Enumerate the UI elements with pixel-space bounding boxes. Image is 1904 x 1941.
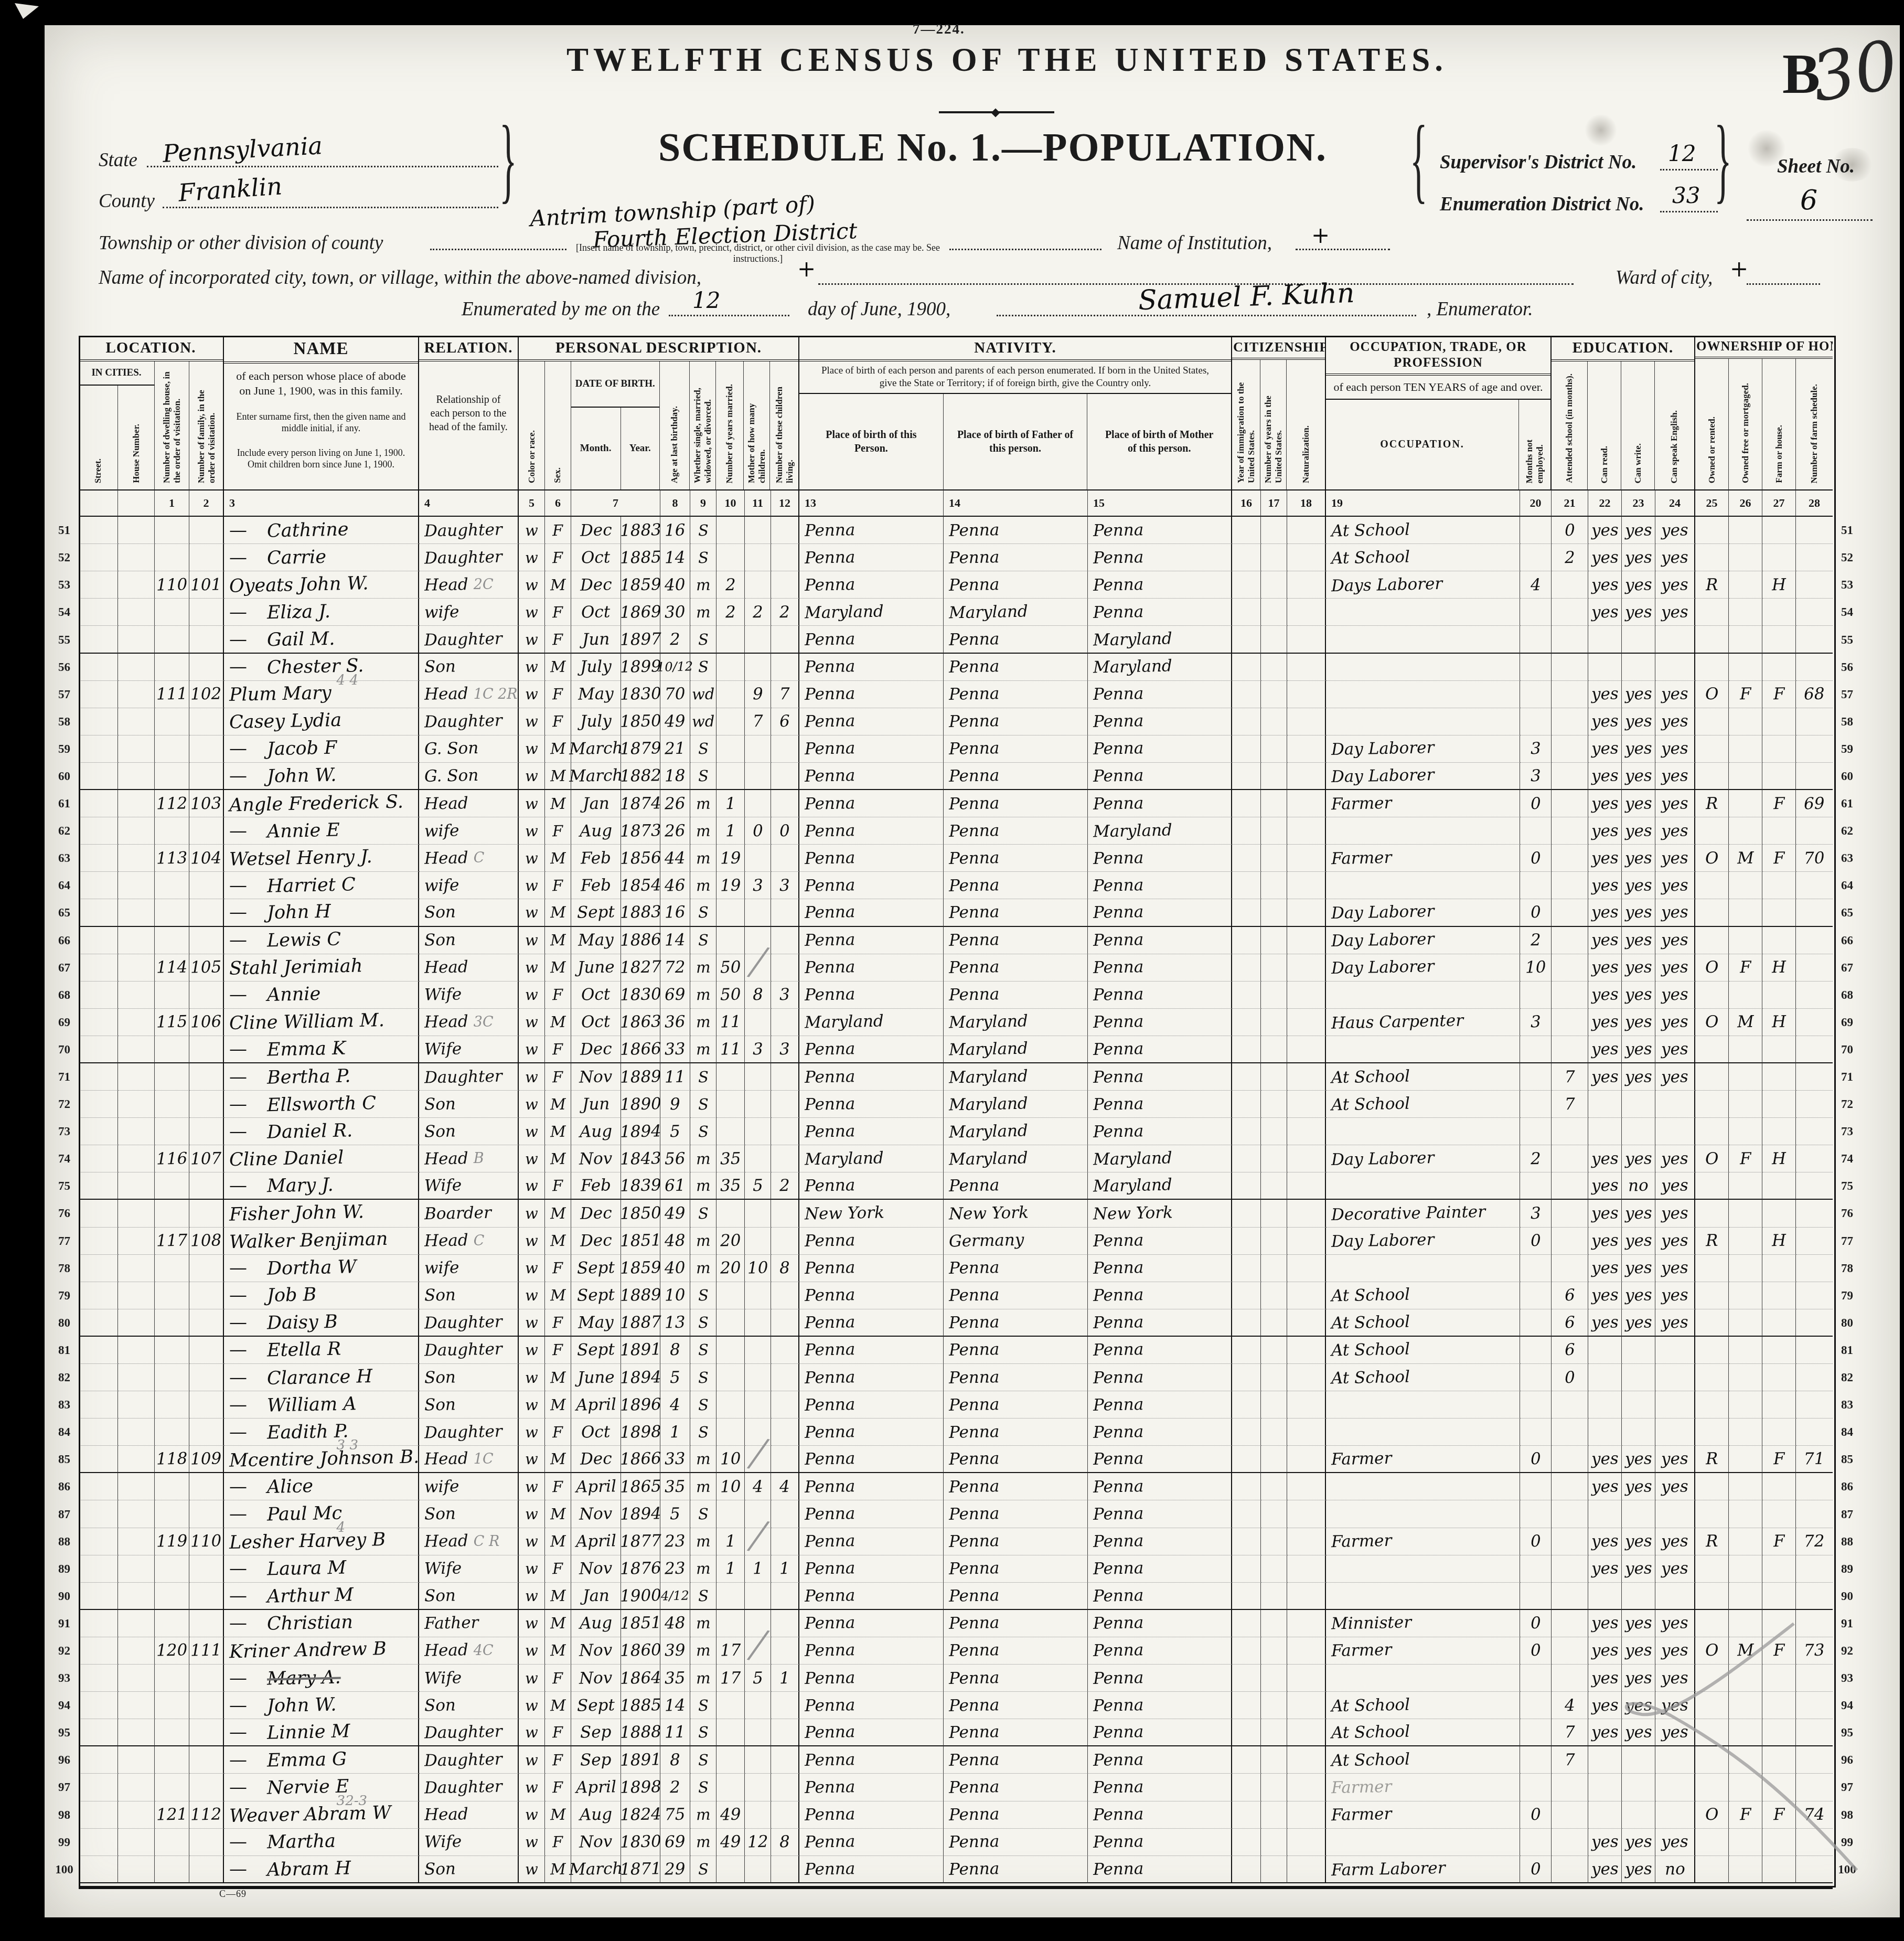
col-pf: Penna — [944, 1446, 1088, 1473]
col-pm: Penna — [1088, 1309, 1232, 1337]
col-cl: 2 — [771, 1172, 799, 1200]
col-cl — [771, 1583, 799, 1610]
title-divider — [939, 111, 1054, 113]
col-sp: yes — [1655, 1255, 1695, 1282]
col-rn: 80 — [50, 1309, 79, 1337]
farm-house-label: Farm or house. — [1774, 425, 1784, 483]
col-imm — [1232, 1391, 1261, 1419]
col-house — [118, 790, 155, 817]
col-fa — [189, 1746, 224, 1774]
col-imm — [1232, 626, 1261, 653]
col-occ: Day Laborer — [1326, 1228, 1520, 1255]
col-yus — [1261, 1500, 1287, 1528]
col-rel: Head2C — [419, 571, 519, 599]
col-rel: wife — [419, 872, 519, 899]
col-yus — [1261, 927, 1287, 954]
col-mo: Dec — [571, 1200, 621, 1227]
col-ag: 10 — [660, 1282, 690, 1309]
sheet-value: 6 — [1800, 185, 1817, 216]
col-occ — [1326, 1829, 1520, 1856]
col-dw — [155, 763, 189, 790]
col-street — [79, 654, 118, 681]
col-wr: yes — [1622, 927, 1655, 954]
col-rn: 85 — [50, 1446, 79, 1473]
col-mn — [1520, 681, 1552, 708]
col-occ: At School — [1326, 1719, 1520, 1746]
col-house — [118, 1610, 155, 1637]
col-ra: w — [519, 817, 545, 845]
col-rn: 59 — [50, 735, 79, 763]
col-yr: 1896 — [621, 1391, 660, 1419]
col-occ: Day Laborer — [1326, 1145, 1520, 1172]
col-imm — [1232, 1200, 1261, 1227]
col-mc: 3 — [745, 1036, 771, 1063]
col-sx: M — [545, 1692, 571, 1719]
col-house — [118, 1719, 155, 1746]
institution-label: Name of Institution, — [1117, 232, 1272, 254]
col-sp: yes — [1655, 1555, 1695, 1583]
col-sx: F — [545, 1337, 571, 1364]
col-name: 4Lesher Harvey B — [224, 1528, 419, 1555]
col-rn2: 65 — [1833, 899, 1862, 926]
col-mc — [745, 1801, 771, 1829]
col-imm — [1232, 1282, 1261, 1309]
col-street — [79, 1145, 118, 1172]
col-ag: 36 — [660, 1009, 690, 1036]
col-mn — [1520, 982, 1552, 1009]
census-row-56: 56—Chester S.SonwMJuly189910/12SPennaPen… — [50, 654, 1862, 681]
col-wr: yes — [1622, 708, 1655, 735]
col-rel: Wife — [419, 1036, 519, 1063]
col-ym — [716, 1118, 745, 1145]
col-wr: yes — [1622, 763, 1655, 790]
col-ms: m — [690, 599, 716, 626]
group-relation: RELATION. Relationship of each person to… — [419, 336, 519, 489]
col-imm — [1232, 1446, 1261, 1473]
col-sp — [1655, 626, 1695, 653]
col-ra: w — [519, 599, 545, 626]
col-ra: w — [519, 1637, 545, 1665]
col-dw — [155, 1091, 189, 1118]
col-mo: Jan — [571, 1583, 621, 1610]
col-fa — [189, 1337, 224, 1364]
footer-code: C—69 — [219, 1889, 247, 1900]
col-rn2: 69 — [1833, 1009, 1862, 1036]
col-ag: 16 — [660, 517, 690, 544]
col-house — [118, 954, 155, 982]
col-ms: m — [690, 1446, 716, 1473]
col-fs — [1796, 1200, 1833, 1227]
col-ym: 10 — [716, 1446, 745, 1473]
col-fs — [1796, 1228, 1833, 1255]
col-dw — [155, 626, 189, 653]
col-occ: At School — [1326, 1364, 1520, 1391]
col-imm — [1232, 763, 1261, 790]
col-imm — [1232, 1665, 1261, 1692]
col-mo: Feb — [571, 872, 621, 899]
col-pb: Penna — [799, 1500, 944, 1528]
col-pb: Penna — [799, 1172, 944, 1200]
col-imm — [1232, 1309, 1261, 1337]
col-name: 32-3Weaver Abram W — [224, 1801, 419, 1829]
col-pf: Penna — [944, 1637, 1088, 1665]
col-mo: Sept — [571, 1337, 621, 1364]
col-ag: 35 — [660, 1665, 690, 1692]
col-sc — [1552, 1473, 1588, 1500]
col-street — [79, 790, 118, 817]
col-yr: 1889 — [621, 1282, 660, 1309]
col-pb: Penna — [799, 1063, 944, 1091]
col-pf: Penna — [944, 544, 1088, 571]
col-pb: Penna — [799, 1692, 944, 1719]
can-write-label: Can write. — [1633, 443, 1643, 483]
col-fh — [1762, 1500, 1796, 1528]
col-rd: yes — [1588, 1063, 1622, 1091]
col-street — [79, 1063, 118, 1091]
col-rn: 81 — [50, 1337, 79, 1364]
col-pm: Penna — [1088, 1009, 1232, 1036]
col-sp: yes — [1655, 1063, 1695, 1091]
col-rel: Wife — [419, 982, 519, 1009]
col-nat — [1287, 763, 1326, 790]
col-yr: 1860 — [621, 1637, 660, 1665]
col-ra: w — [519, 1200, 545, 1227]
col-occ: Farmer — [1326, 845, 1520, 872]
col-nat — [1287, 1364, 1326, 1391]
col-pm: Penna — [1088, 1610, 1232, 1637]
col-ym — [716, 1063, 745, 1091]
col-rn2: 60 — [1833, 763, 1862, 790]
col-imm — [1232, 982, 1261, 1009]
col-occ — [1326, 1473, 1520, 1500]
col-ra: w — [519, 1282, 545, 1309]
col-rel: Son — [419, 1856, 519, 1883]
census-row-63: 63113104Wetsel Henry J.HeadCwMFeb185644m… — [50, 845, 1862, 872]
col-house — [118, 517, 155, 544]
group-personal-description: PERSONAL DESCRIPTION. Color or race. Sex… — [519, 336, 799, 489]
col-rel: Daughter — [419, 1309, 519, 1337]
col-fs — [1796, 1309, 1833, 1337]
col-pf: Penna — [944, 708, 1088, 735]
col-ow — [1695, 1500, 1729, 1528]
col-name: Cline Daniel — [224, 1145, 419, 1172]
col-ra: w — [519, 1391, 545, 1419]
col-rel: Head — [419, 1801, 519, 1829]
name-desc-1: of each person whose place of abode on J… — [224, 364, 418, 398]
col-street — [79, 626, 118, 653]
col-fm — [1729, 1118, 1762, 1145]
col-ms: m — [690, 954, 716, 982]
col-ym: 49 — [716, 1829, 745, 1856]
col-mc — [745, 899, 771, 926]
census-row-64: 64—Harriet CwifewFFeb185446m1933PennaPen… — [50, 872, 1862, 899]
col-pm: Penna — [1088, 1856, 1232, 1883]
col-imm — [1232, 1719, 1261, 1746]
col-wr — [1622, 1337, 1655, 1364]
col-dw — [155, 1473, 189, 1500]
col-fh: F — [1762, 790, 1796, 817]
col-fa — [189, 1419, 224, 1446]
col-name: —Cathrine — [224, 517, 419, 544]
col-fh — [1762, 1172, 1796, 1200]
col-fh — [1762, 735, 1796, 763]
col-fa — [189, 927, 224, 954]
col-street — [79, 1091, 118, 1118]
col-rel: Daughter — [419, 1774, 519, 1801]
col-yr: 1898 — [621, 1419, 660, 1446]
col-ym — [716, 517, 745, 544]
col-mn — [1520, 1063, 1552, 1091]
col-mo: Feb — [571, 1172, 621, 1200]
col-rn2: 61 — [1833, 790, 1862, 817]
col-rn2: 52 — [1833, 544, 1862, 571]
col-house — [118, 735, 155, 763]
col-mn: 4 — [1520, 571, 1552, 599]
col-rn: 56 — [50, 654, 79, 681]
col-yr: 1886 — [621, 927, 660, 954]
col-sc — [1552, 763, 1588, 790]
col-street — [79, 1856, 118, 1883]
col-pb: 13 — [799, 489, 944, 517]
col-fm — [1729, 1500, 1762, 1528]
col-pb: Penna — [799, 1856, 944, 1883]
col-mc: 4 — [745, 1473, 771, 1500]
col-sc: 2 — [1552, 544, 1588, 571]
col-ms: S — [690, 1091, 716, 1118]
col-house — [118, 1774, 155, 1801]
nativity-desc: Place of birth of each person and parent… — [799, 361, 1231, 394]
col-ms: S — [690, 1309, 716, 1337]
col-yus — [1261, 1419, 1287, 1446]
col-cl — [771, 571, 799, 599]
col-nat — [1287, 1637, 1326, 1665]
enumeration-district-label: Enumeration District No. — [1440, 193, 1644, 216]
col-pf: Penna — [944, 927, 1088, 954]
col-fm — [1729, 1446, 1762, 1473]
col-sx: F — [545, 1309, 571, 1337]
col-mc: 10 — [745, 1255, 771, 1282]
col-pf: Germany — [944, 1228, 1088, 1255]
census-row-72: 72—Ellsworth CSonwMJun18909SPennaMarylan… — [50, 1091, 1862, 1118]
col-mo: Aug — [571, 1801, 621, 1829]
col-rn2: 85 — [1833, 1446, 1862, 1473]
col-mn — [1520, 1774, 1552, 1801]
col-pf: Penna — [944, 1419, 1088, 1446]
col-street — [79, 1610, 118, 1637]
col-mn — [1520, 1692, 1552, 1719]
enumerator-line — [997, 315, 1416, 316]
col-sp: yes — [1655, 982, 1695, 1009]
census-row-55: 55—Gail M.DaughterwFJun18972SPennaPennaM… — [50, 626, 1862, 653]
col-ra: w — [519, 517, 545, 544]
col-rn: 54 — [50, 599, 79, 626]
pob-mother-label: Place of birth of Mother of this person. — [1087, 394, 1231, 490]
col-occ: Day Laborer — [1326, 927, 1520, 954]
census-row-73: 73—Daniel R.SonwMAug18945SPennaMarylandP… — [50, 1118, 1862, 1145]
col-ym — [716, 1364, 745, 1391]
col-sc — [1552, 681, 1588, 708]
col-ym: 19 — [716, 872, 745, 899]
col-fh — [1762, 1364, 1796, 1391]
col-ms: S — [690, 1200, 716, 1227]
col-nat — [1287, 1665, 1326, 1692]
col-ag: 72 — [660, 954, 690, 982]
enumeration-district-value: 33 — [1672, 183, 1700, 208]
pob-person-label: Place of birth of this Person. — [799, 394, 944, 490]
col-cl: 8 — [771, 1829, 799, 1856]
col-fa — [189, 1200, 224, 1227]
col-rn2: 83 — [1833, 1391, 1862, 1419]
col-rel: wife — [419, 1255, 519, 1282]
census-row-80: 80—Daisy BDaughterwFMay188713SPennaPenna… — [50, 1309, 1862, 1337]
col-fa — [189, 1091, 224, 1118]
col-house — [118, 982, 155, 1009]
col-imm — [1232, 817, 1261, 845]
census-row-70: 70—Emma KWifewFDec186633m1133PennaMaryla… — [50, 1036, 1862, 1063]
col-ms: S — [690, 763, 716, 790]
col-mn — [1520, 1282, 1552, 1309]
col-fa — [189, 1583, 224, 1610]
col-sp — [1655, 1391, 1695, 1419]
col-ag: 14 — [660, 1692, 690, 1719]
col-mc — [745, 1391, 771, 1419]
col-fh — [1762, 599, 1796, 626]
col-rn2: 63 — [1833, 845, 1862, 872]
col-ym: 11 — [716, 1009, 745, 1036]
col-ag: 23 — [660, 1555, 690, 1583]
col-sx: M — [545, 571, 571, 599]
col-rn: 71 — [50, 1063, 79, 1091]
col-rn2: 67 — [1833, 954, 1862, 982]
col-name: —Carrie — [224, 544, 419, 571]
col-occ: Farmer — [1326, 1801, 1520, 1829]
col-rn: 94 — [50, 1692, 79, 1719]
col-fa — [189, 654, 224, 681]
col-fm — [1729, 1364, 1762, 1391]
col-sc — [1552, 1009, 1588, 1036]
col-pm: Penna — [1088, 708, 1232, 735]
census-row-74: 74116107Cline DanielHeadBwMNov184356m35M… — [50, 1145, 1862, 1172]
col-pf: Penna — [944, 1282, 1088, 1309]
census-row-57: 571111024 4Plum MaryHead1C 2RwFMay183070… — [50, 681, 1862, 708]
col-fm — [1729, 1172, 1762, 1200]
col-imm — [1232, 599, 1261, 626]
col-mo: Dec — [571, 571, 621, 599]
col-street — [79, 1446, 118, 1473]
group-citizenship: CITIZENSHIP. Year of immigration to the … — [1232, 336, 1326, 489]
col-pf: Penna — [944, 1555, 1088, 1583]
col-rn: 73 — [50, 1118, 79, 1145]
col-street — [79, 1692, 118, 1719]
supervisor-line — [1660, 169, 1718, 170]
col-name: —Linnie M — [224, 1719, 419, 1746]
col-fa — [189, 1500, 224, 1528]
census-row-81: 81—Etella RDaughterwFSept18918SPennaPenn… — [50, 1337, 1862, 1364]
col-ag: 39 — [660, 1637, 690, 1665]
col-cl — [771, 899, 799, 926]
col-street — [79, 1200, 118, 1227]
col-fa — [189, 1610, 224, 1637]
occupation-group-label: OCCUPATION, TRADE, OR PROFESSION — [1326, 336, 1550, 376]
col-pm: Penna — [1088, 899, 1232, 926]
col-yus — [1261, 1172, 1287, 1200]
col-rd: yes — [1588, 982, 1622, 1009]
years-in-us-label: Number of years in the United States. — [1263, 370, 1283, 483]
col-rd: yes — [1588, 571, 1622, 599]
col-mc: ╱ — [745, 954, 771, 982]
col-rn2: 51 — [1833, 517, 1862, 544]
col-ym — [716, 626, 745, 653]
date-of-birth-label: DATE OF BIRTH. — [571, 361, 659, 408]
col-rn: 83 — [50, 1391, 79, 1419]
col-occ — [1326, 1172, 1520, 1200]
col-ra: w — [519, 1118, 545, 1145]
col-imm — [1232, 1145, 1261, 1172]
col-wr — [1622, 1118, 1655, 1145]
col-sp: yes — [1655, 1309, 1695, 1337]
mother-of-label: Mother of how many children. — [746, 370, 767, 483]
col-cl — [771, 1282, 799, 1309]
can-speak-english-label: Can speak English. — [1669, 410, 1680, 483]
col-pf: Penna — [944, 571, 1088, 599]
col-mo: Dec — [571, 517, 621, 544]
col-dw: 113 — [155, 845, 189, 872]
col-nat — [1287, 927, 1326, 954]
col-fs — [1796, 735, 1833, 763]
col-fa: 2 — [189, 489, 224, 517]
census-row-85: 851181093 3Mcentire Johnson B.Head1CwMDe… — [50, 1446, 1862, 1473]
col-mn — [1520, 517, 1552, 544]
col-sx: M — [545, 735, 571, 763]
col-yus — [1261, 735, 1287, 763]
col-sc — [1552, 1555, 1588, 1583]
col-yus — [1261, 763, 1287, 790]
col-ra: w — [519, 1528, 545, 1555]
col-rn2: 79 — [1833, 1282, 1862, 1309]
col-sc: 21 — [1552, 489, 1588, 517]
col-street — [79, 954, 118, 982]
col-rn2: 89 — [1833, 1555, 1862, 1583]
col-dw — [155, 544, 189, 571]
col-yr: 1830 — [621, 982, 660, 1009]
col-imm — [1232, 1337, 1261, 1364]
col-pm: Penna — [1088, 1528, 1232, 1555]
col-mn — [1520, 1555, 1552, 1583]
col-pm: Penna — [1088, 1063, 1232, 1091]
col-street — [79, 1036, 118, 1063]
col-rn2: 55 — [1833, 626, 1862, 653]
col-name: —Etella R — [224, 1337, 419, 1364]
col-sx: M — [545, 1583, 571, 1610]
col-ag: 14 — [660, 927, 690, 954]
supervisor-district-value: 12 — [1668, 141, 1696, 166]
col-rd — [1588, 1337, 1622, 1364]
col-yus — [1261, 1583, 1287, 1610]
col-nat — [1287, 1829, 1326, 1856]
col-nat: 18 — [1287, 489, 1326, 517]
col-yr: 1865 — [621, 1473, 660, 1500]
col-dw: 112 — [155, 790, 189, 817]
form-code: 7—224. — [913, 21, 965, 37]
col-occ: At School — [1326, 1091, 1520, 1118]
col-name: —Arthur M — [224, 1583, 419, 1610]
col-mo: Jun — [571, 626, 621, 653]
col-mn — [1520, 1473, 1552, 1500]
census-row-84: 84—Eadith P.DaughterwFOct18981SPennaPenn… — [50, 1419, 1862, 1446]
col-ag: 29 — [660, 1856, 690, 1883]
county-label: County — [99, 190, 155, 212]
left-brace: } — [499, 107, 517, 216]
